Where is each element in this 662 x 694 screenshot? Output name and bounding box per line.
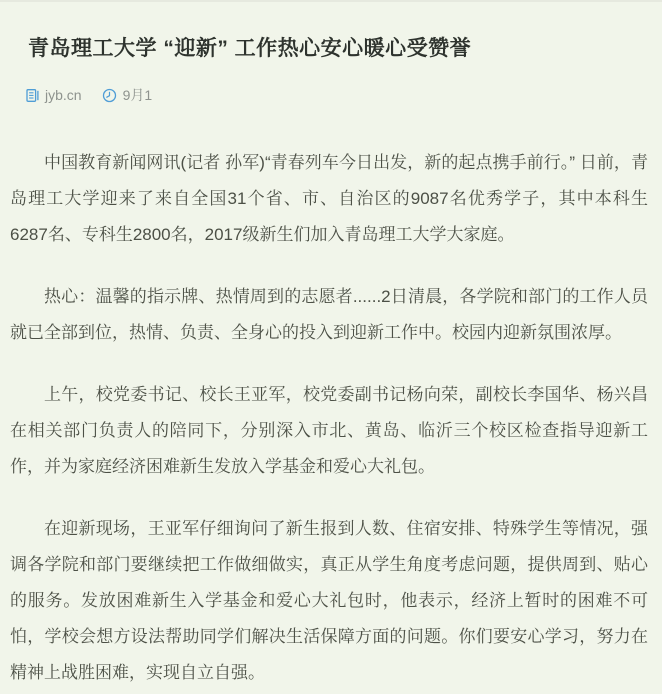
article-paragraph-3: 上午，校党委书记、校长王亚军，校党委副书记杨向荣，副校长李国华、杨兴昌在相关部门…: [10, 377, 648, 485]
article-paragraph-2: 热心：温馨的指示牌、热情周到的志愿者......2日清晨，各学院和部门的工作人员…: [10, 279, 648, 351]
article-meta: jyb.cn 9月1: [26, 85, 648, 105]
article-paragraph-4: 在迎新现场，王亚军仔细询问了新生报到人数、住宿安排、特殊学生等情况，强调各学院和…: [10, 511, 648, 691]
article-page: 青岛理工大学 “迎新” 工作热心安心暖心受赞誉 jyb.cn: [0, 36, 662, 691]
article-date: 9月1: [102, 85, 153, 105]
article-title: 青岛理工大学 “迎新” 工作热心安心暖心受赞誉: [28, 36, 648, 61]
clock-icon: [102, 88, 117, 103]
article-source-label: jyb.cn: [45, 87, 82, 103]
article-source[interactable]: jyb.cn: [26, 87, 82, 103]
document-icon: [26, 88, 39, 103]
article-body: 中国教育新闻网讯(记者 孙军)“青春列车今日出发，新的起点携手前行。” 日前，青…: [10, 145, 648, 691]
article-date-label: 9月1: [123, 85, 153, 105]
article-paragraph-1: 中国教育新闻网讯(记者 孙军)“青春列车今日出发，新的起点携手前行。” 日前，青…: [10, 145, 648, 253]
